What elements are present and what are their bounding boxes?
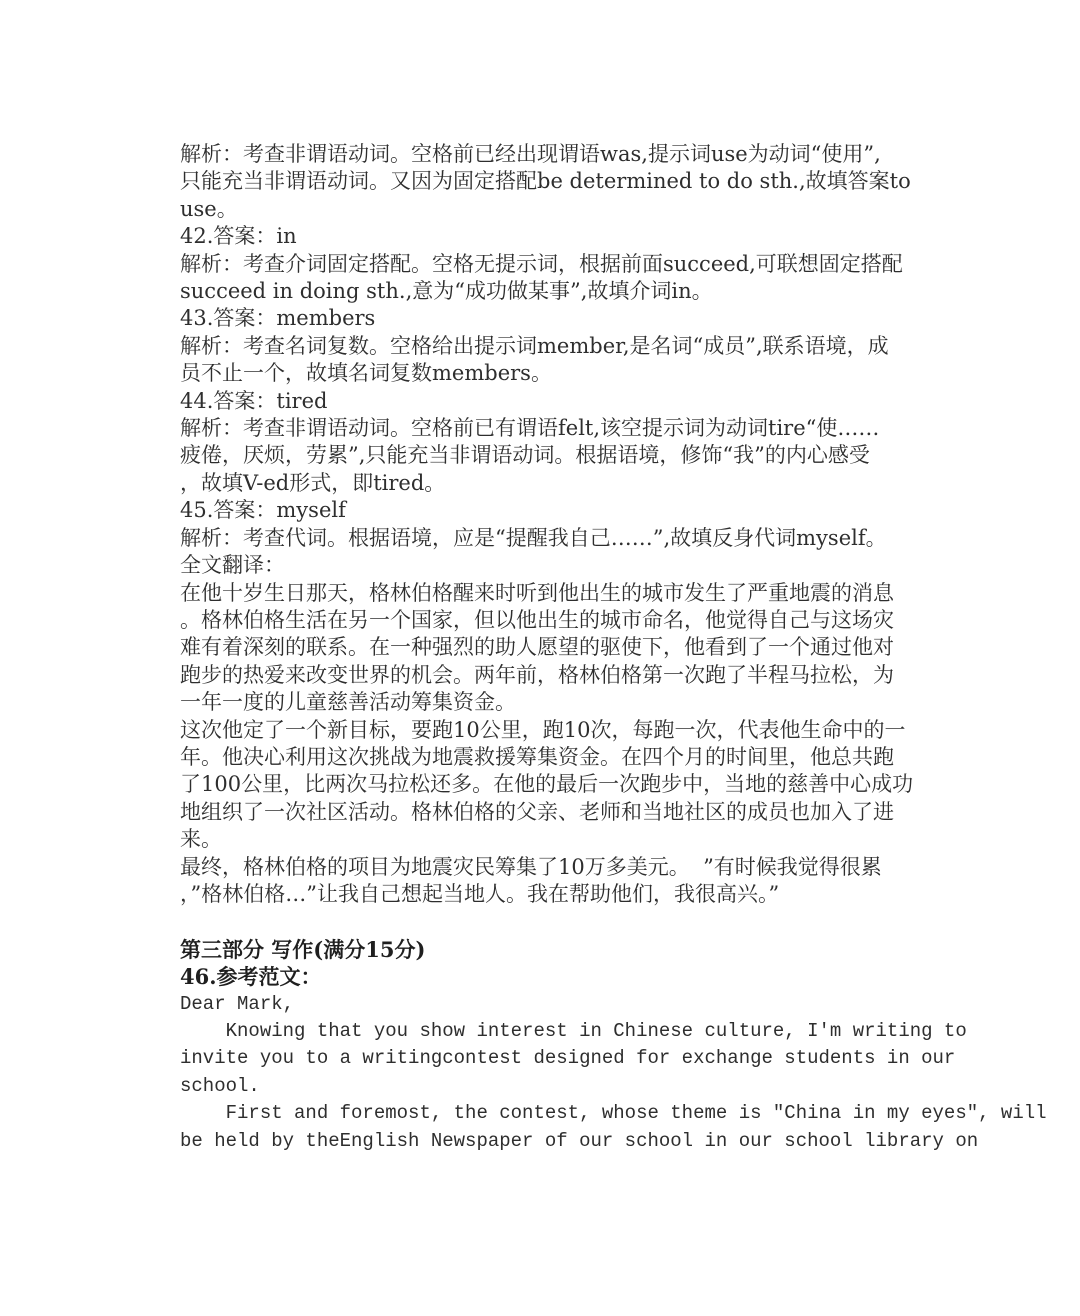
text-line: school. [180, 1073, 910, 1100]
text-line: 解析：考查非谓语动词。空格前已经出现谓语was,提示词use为动词“使用”, [180, 141, 910, 168]
document-page: 解析：考查非谓语动词。空格前已经出现谓语was,提示词use为动词“使用”,只能… [0, 0, 1080, 1316]
text-line: use。 [180, 196, 910, 223]
text-line: 44.答案：tired [180, 388, 910, 415]
text-line: 了100公里，比两次马拉松还多。在他的最后一次跑步中，当地的慈善中心成功 [180, 771, 910, 798]
text-line: 43.答案：members [180, 305, 910, 332]
text-line: Knowing that you show interest in Chines… [180, 1018, 910, 1045]
text-line: 跑步的热爱来改变世界的机会。两年前，格林伯格第一次跑了半程马拉松，为 [180, 662, 910, 689]
text-line: 疲倦，厌烦，劳累”,只能充当非谓语动词。根据语境，修饰“我”的内心感受 [180, 442, 910, 469]
text-line: invite you to a writingcontest designed … [180, 1045, 910, 1072]
text-line: succeed in doing sth.,意为“成功做某事”,故填介词in。 [180, 278, 910, 305]
text-line: First and foremost, the contest, whose t… [180, 1100, 910, 1127]
text-line: 全文翻译： [180, 552, 910, 579]
text-line: 46.参考范文： [180, 963, 910, 990]
text-line: 。格林伯格生活在另一个国家，但以他出生的城市命名，他觉得自己与这场灾 [180, 607, 910, 634]
text-line: 42.答案：in [180, 223, 910, 250]
text-line: 解析：考查代词。根据语境，应是“提醒我自己……”,故填反身代词myself。 [180, 525, 910, 552]
text-line: 这次他定了一个新目标，要跑10公里，跑10次，每跑一次，代表他生命中的一 [180, 717, 910, 744]
text-line: be held by theEnglish Newspaper of our s… [180, 1128, 910, 1155]
text-line: 解析：考查名词复数。空格给出提示词member,是名词“成员”,联系语境，成 [180, 333, 910, 360]
text-line: 年。他决心利用这次挑战为地震救援筹集资金。在四个月的时间里，他总共跑 [180, 744, 910, 771]
text-line: ，故填V-ed形式，即tired。 [180, 470, 910, 497]
text-line: ，”格林伯格…”让我自己想起当地人。我在帮助他们，我很高兴。” [180, 881, 910, 908]
text-line: 第三部分 写作(满分15分) [180, 936, 910, 963]
text-line: 员不止一个，故填名词复数members。 [180, 360, 910, 387]
text-line [180, 908, 910, 935]
text-line: Dear Mark, [180, 991, 910, 1018]
document-content: 解析：考查非谓语动词。空格前已经出现谓语was,提示词use为动词“使用”,只能… [180, 141, 910, 1155]
text-line: 最终，格林伯格的项目为地震灾民筹集了10万多美元。 ”有时候我觉得很累 [180, 854, 910, 881]
text-line: 在他十岁生日那天，格林伯格醒来时听到他出生的城市发生了严重地震的消息 [180, 580, 910, 607]
text-line: 解析：考查介词固定搭配。空格无提示词，根据前面succeed,可联想固定搭配 [180, 251, 910, 278]
text-line: 一年一度的儿童慈善活动筹集资金。 [180, 689, 910, 716]
text-line: 解析：考查非谓语动词。空格前已有谓语felt,该空提示词为动词tire“使…… [180, 415, 910, 442]
text-line: 45.答案：myself [180, 497, 910, 524]
text-line: 地组织了一次社区活动。格林伯格的父亲、老师和当地社区的成员也加入了进 [180, 799, 910, 826]
text-line: 难有着深刻的联系。在一种强烈的助人愿望的驱使下，他看到了一个通过他对 [180, 634, 910, 661]
text-line: 只能充当非谓语动词。又因为固定搭配be determined to do sth… [180, 168, 910, 195]
text-line: 来。 [180, 826, 910, 853]
